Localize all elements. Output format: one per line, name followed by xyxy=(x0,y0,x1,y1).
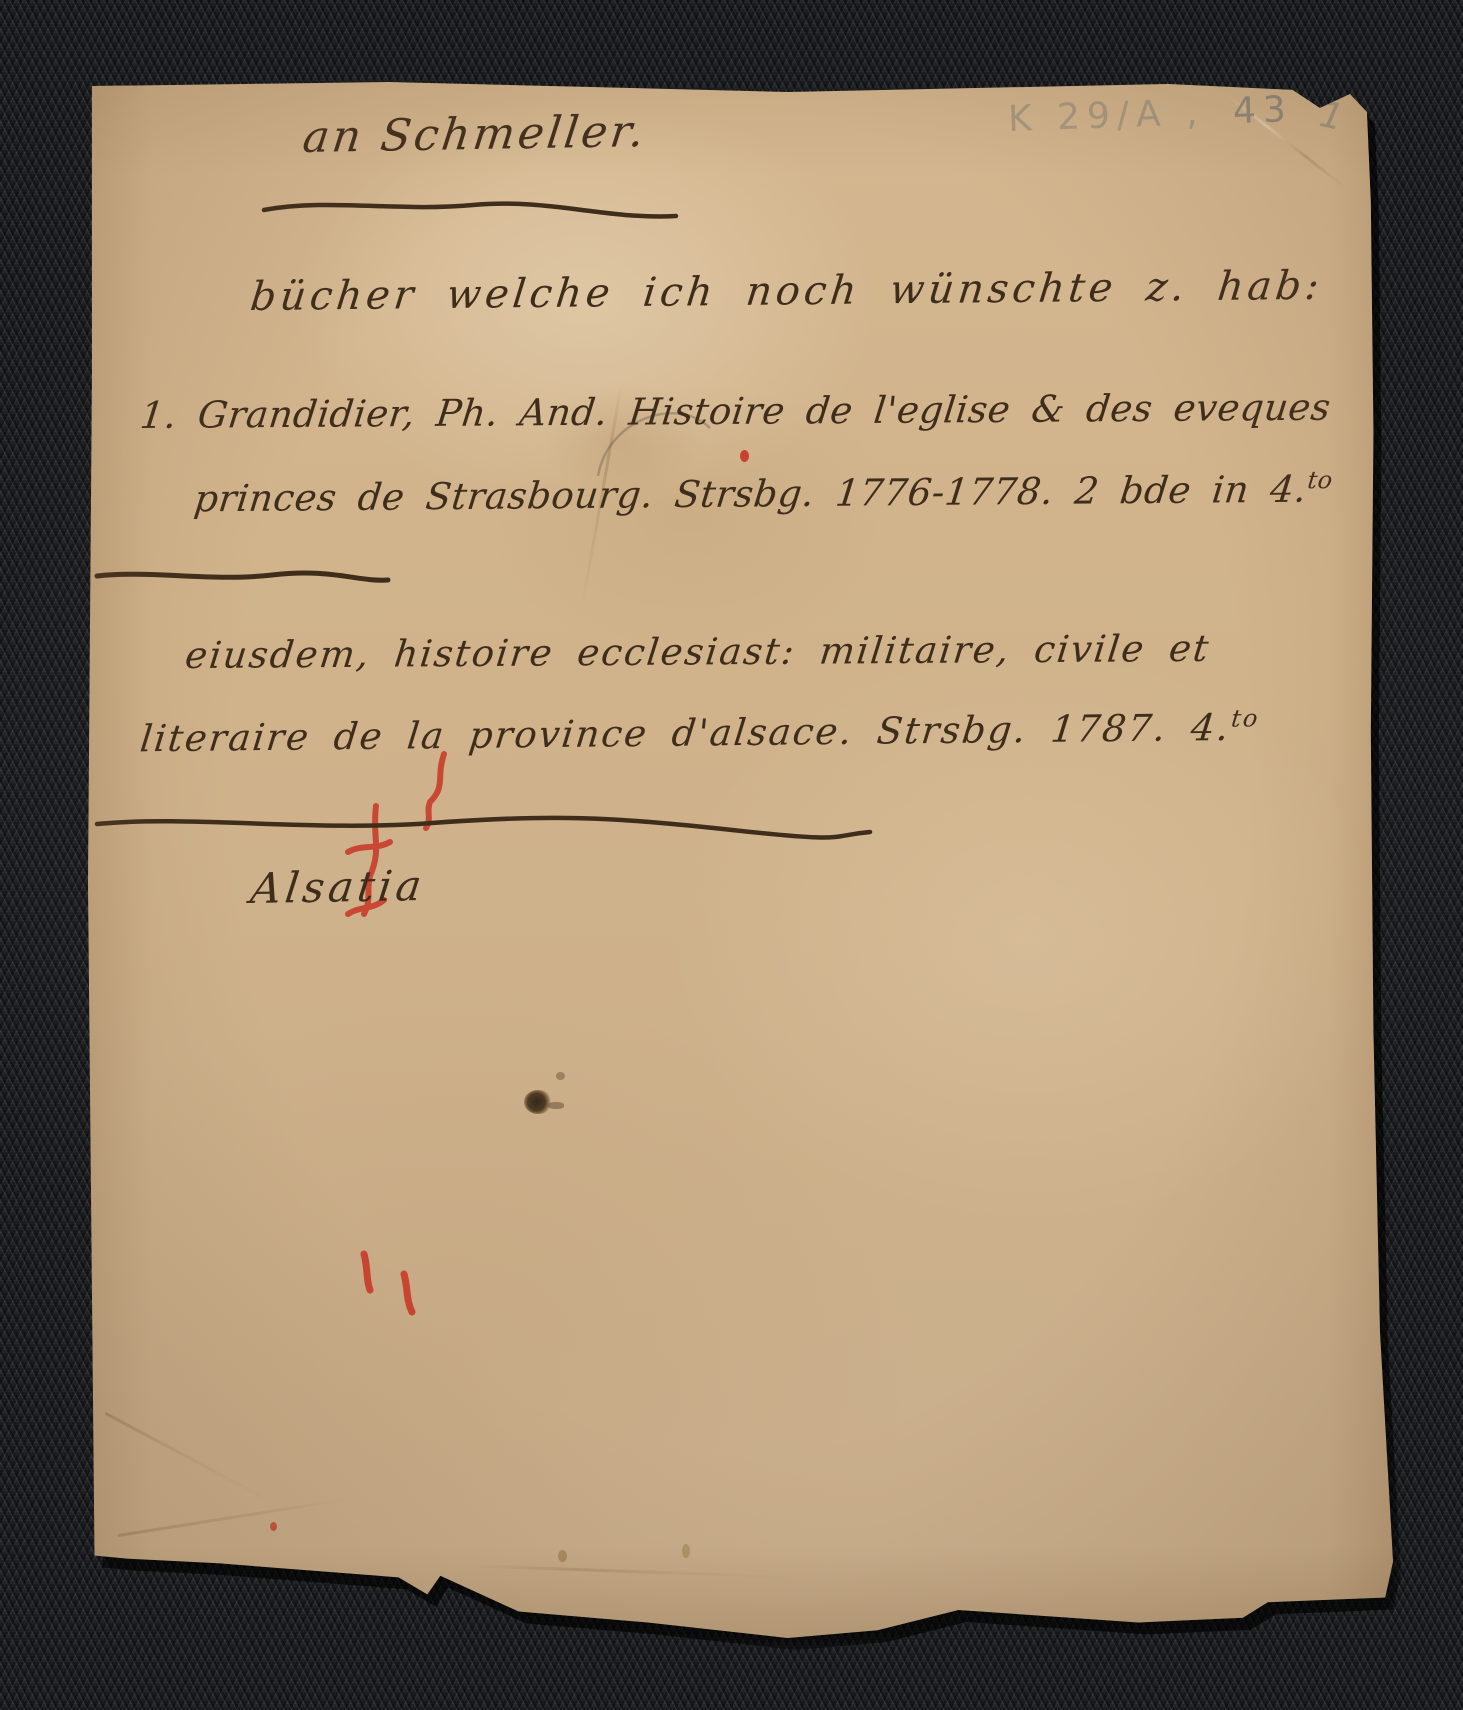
divider-2 xyxy=(92,808,882,844)
archival-code-prefix: K 29/A , xyxy=(1007,92,1205,140)
ink-speck xyxy=(556,1072,565,1080)
item-2-line-2-text: literaire de la province d'alsace. Strsb… xyxy=(138,706,1233,760)
item-1-line-1: 1. Grandidier, Ph. And. Histoire de l'eg… xyxy=(138,386,1333,437)
page-title: an Schmeller. xyxy=(300,106,650,163)
item-2-line-1: eiusdem, histoire ecclesiast: militaire,… xyxy=(183,627,1213,677)
ink-blot xyxy=(524,1090,552,1114)
archival-code: K 29/A , 43 xyxy=(1007,89,1293,140)
item-1-line-2-text: princes de Strasbourg. Strsbg. 1776-1778… xyxy=(192,468,1309,521)
item-2-line-2: literaire de la province d'alsace. Strsb… xyxy=(138,704,1261,760)
fox-spot xyxy=(682,1544,690,1558)
paper-crease xyxy=(105,1412,274,1504)
paper-crease xyxy=(118,1496,356,1537)
item-1-line-2: princes de Strasbourg. Strsbg. 1776-1778… xyxy=(192,466,1334,520)
quarto-superscript: to xyxy=(1230,704,1261,732)
archival-code-number: 43 xyxy=(1232,89,1293,132)
divider-1 xyxy=(92,564,397,594)
red-speck xyxy=(270,1522,277,1531)
red-crayon-ticks xyxy=(352,1248,437,1323)
title-underline xyxy=(258,188,688,232)
intro-line: bücher welche ich noch wünschte z. hab: xyxy=(248,263,1325,320)
category-note: Alsatia xyxy=(248,861,428,913)
quarto-superscript: to xyxy=(1306,466,1334,494)
ink-blot-tail xyxy=(548,1102,564,1109)
paper-crease xyxy=(468,1564,798,1579)
fox-spot xyxy=(558,1550,567,1562)
paper-sheet: K 29/A , 43 1 an Schmeller. bücher welch… xyxy=(88,82,1393,1638)
red-dot xyxy=(740,450,749,462)
